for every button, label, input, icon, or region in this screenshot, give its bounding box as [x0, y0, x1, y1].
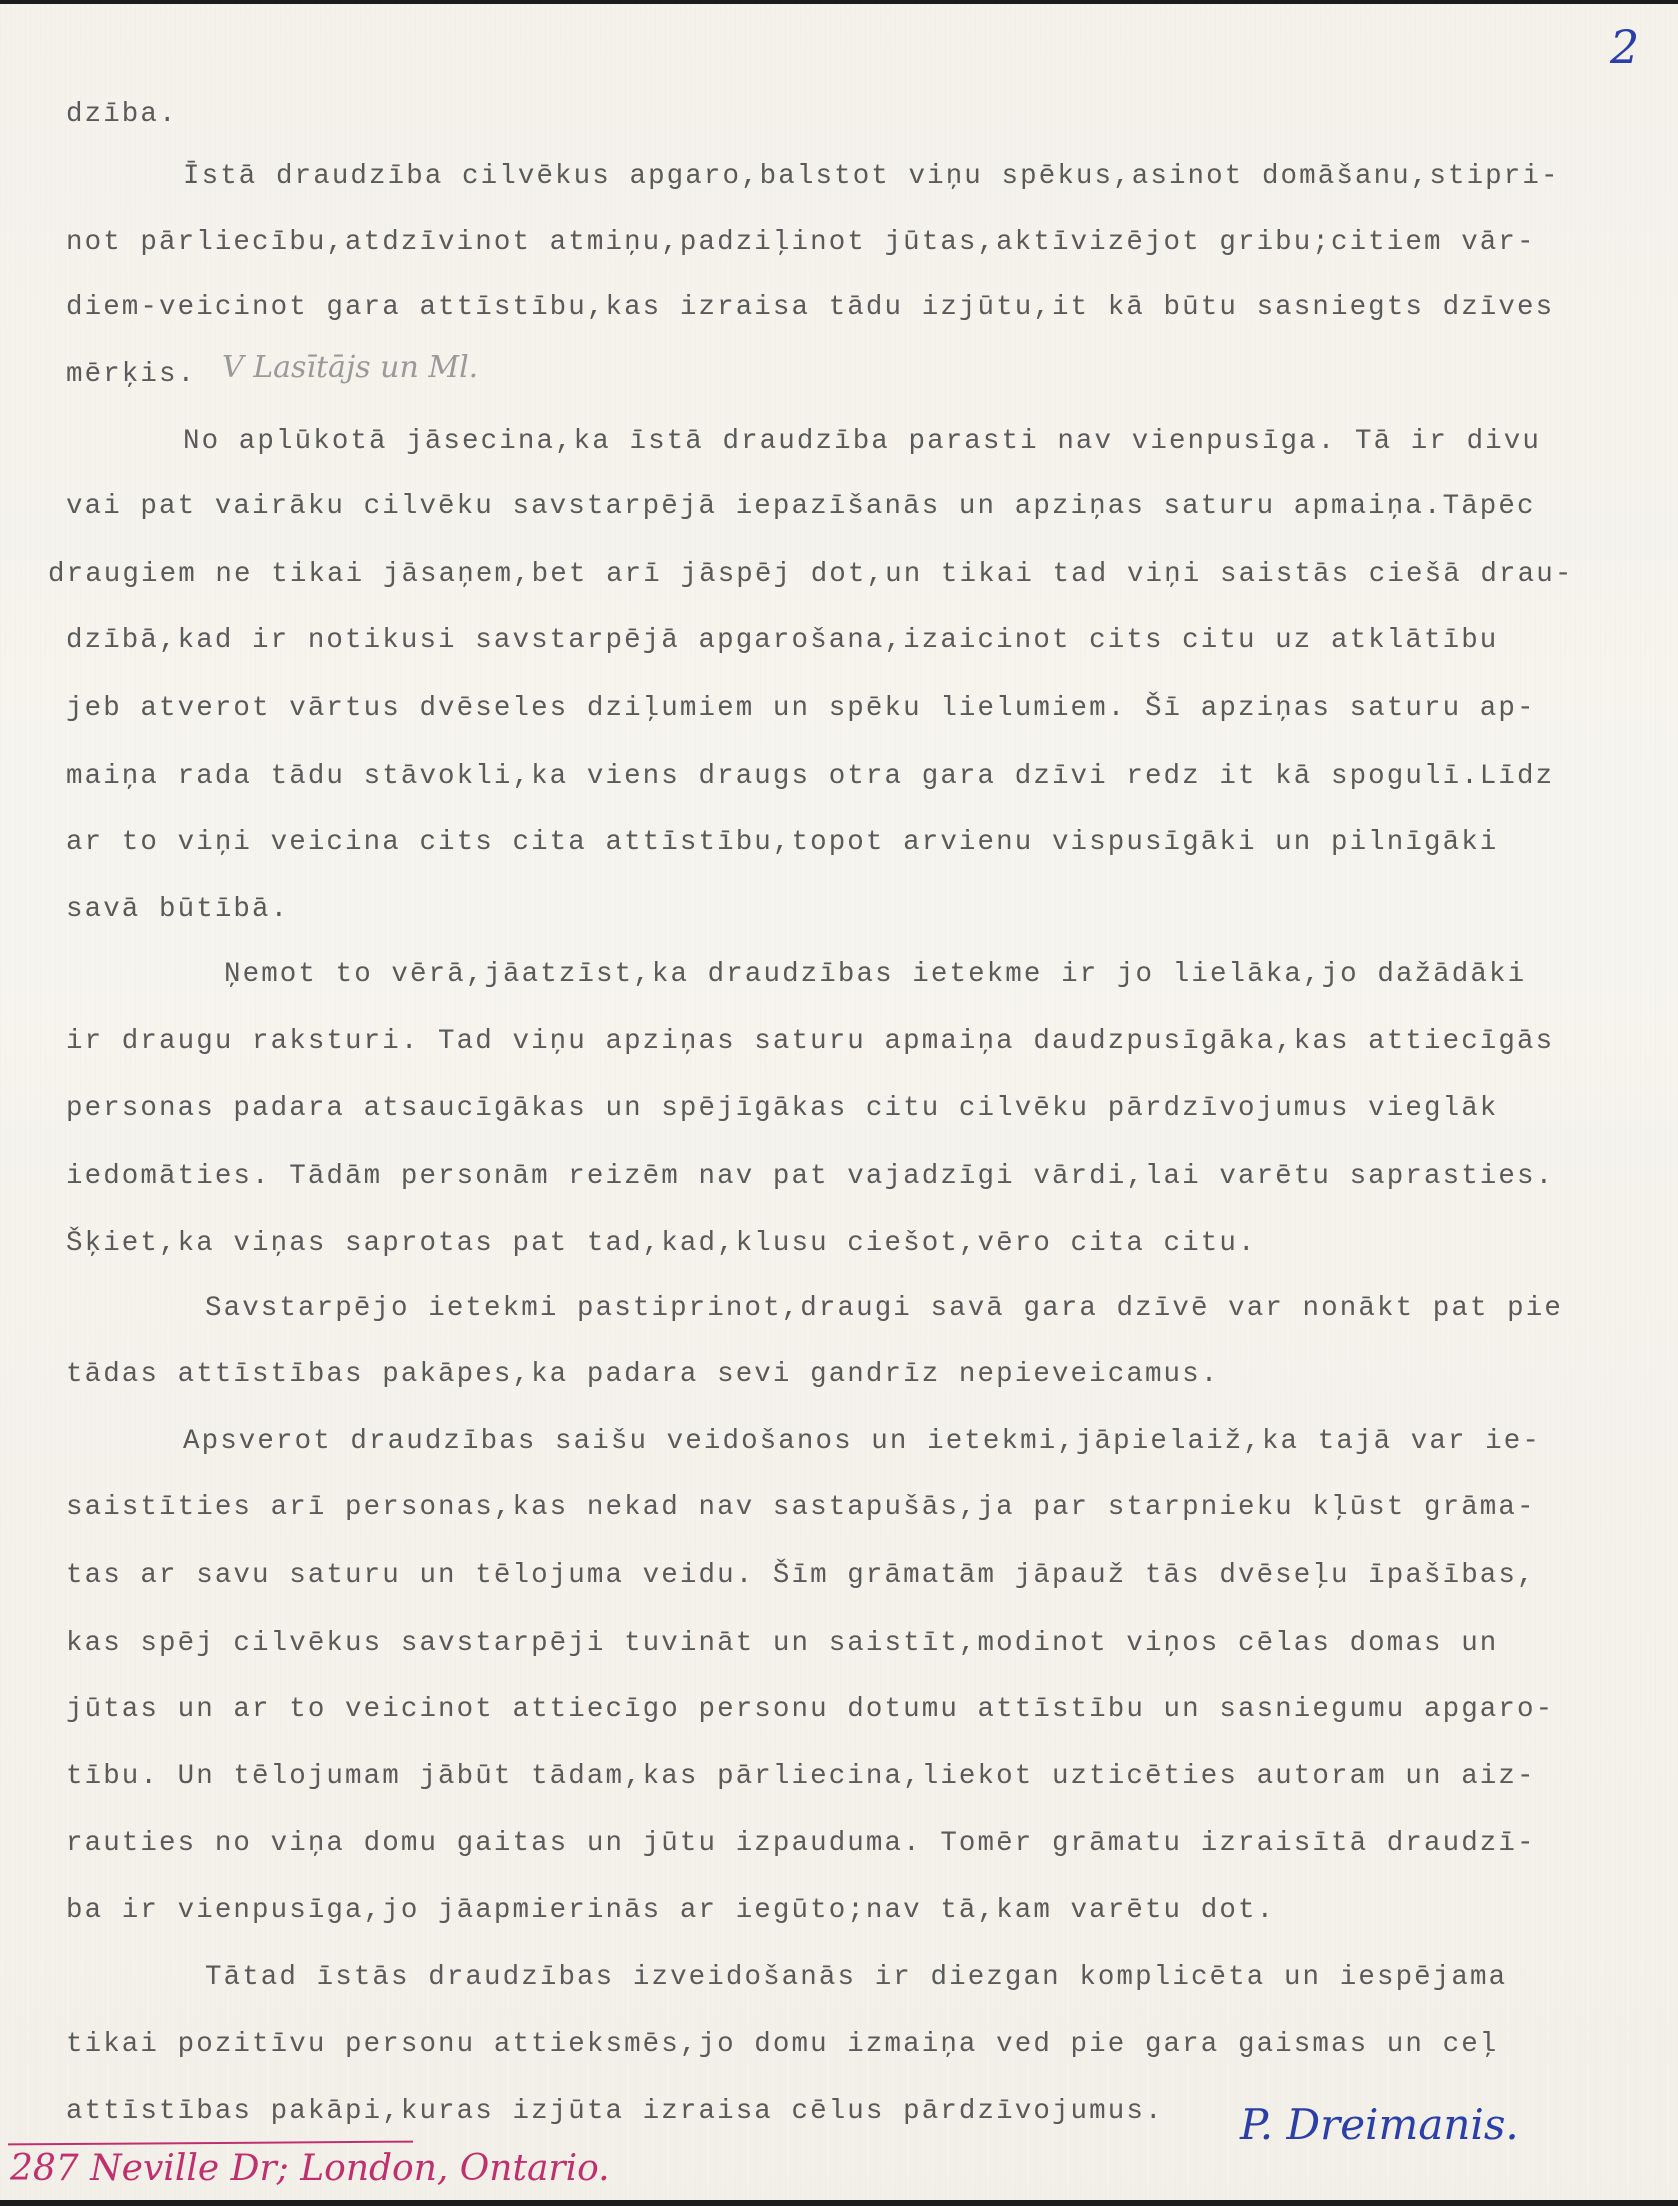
typed-line: Apsverot draudzības saišu veidošanos un … [183, 1425, 1541, 1459]
typed-line: kas spēj cilvēkus savstarpēji tuvināt un… [66, 1627, 1498, 1661]
typed-line: tību. Un tēlojumam jābūt tādam,kas pārli… [66, 1760, 1536, 1794]
typed-line: tikai pozitīvu personu attieksmēs,jo dom… [66, 2028, 1498, 2062]
typed-line: dzība. [66, 98, 178, 132]
typed-line: rauties no viņa domu gaitas un jūtu izpa… [66, 1827, 1536, 1861]
document-page: 2 dzība.Īstā draudzība cilvēkus apgaro,b… [0, 0, 1678, 2206]
typed-line: jeb atverot vārtus dvēseles dziļumiem un… [66, 692, 1536, 726]
typed-line: not pārliecību,atdzīvinot atmiņu,padziļi… [66, 226, 1536, 260]
typed-line: ar to viņi veicina cits cita attīstību,t… [66, 826, 1498, 860]
signature: P. Dreimanis. [1240, 2100, 1519, 2149]
typed-line: tādas attīstības pakāpes,ka padara sevi … [66, 1358, 1219, 1392]
typed-line: Šķiet,ka viņas saprotas pat tad,kad,klus… [66, 1227, 1257, 1261]
typed-line: ir draugu raksturi. Tad viņu apziņas sat… [66, 1025, 1554, 1059]
typed-line: maiņa rada tādu stāvokli,ka viens draugs… [66, 760, 1554, 794]
typed-line: Savstarpējo ietekmi pastiprinot,draugi s… [205, 1292, 1563, 1326]
typed-line: attīstības pakāpi,kuras izjūta izraisa c… [66, 2095, 1164, 2129]
typed-line: draugiem ne tikai jāsaņem,bet arī jāspēj… [48, 558, 1573, 592]
handwritten-address: 287 Neville Dr; London, Ontario. [10, 2148, 610, 2189]
typed-line: mērķis. [66, 358, 196, 392]
typed-line: vai pat vairāku cilvēku savstarpējā iepa… [66, 490, 1536, 524]
typed-line: iedomāties. Tādām personām reizēm nav pa… [66, 1160, 1554, 1194]
typed-line: savā būtībā. [66, 893, 289, 927]
scan-bottom-edge [0, 2200, 1678, 2206]
typed-line: Ņemot to vērā,jāatzīst,ka draudzības iet… [224, 958, 1526, 992]
address-underline [8, 2141, 413, 2146]
typed-line: Tātad īstās draudzības izveidošanās ir d… [205, 1961, 1507, 1995]
typed-line: tas ar savu saturu un tēlojuma veidu. Šī… [66, 1559, 1536, 1593]
page-number: 2 [1610, 20, 1639, 74]
typed-line: saistīties arī personas,kas nekad nav sa… [66, 1491, 1536, 1525]
typed-line: ba ir vienpusīga,jo jāapmierinās ar iegū… [66, 1894, 1275, 1928]
typed-line: Īstā draudzība cilvēkus apgaro,balstot v… [183, 160, 1560, 194]
pencil-note: V Lasītājs un Ml. [222, 350, 478, 385]
typed-line: jūtas un ar to veicinot attiecīgo person… [66, 1693, 1554, 1727]
typed-line: personas padara atsaucīgākas un spējīgāk… [66, 1092, 1498, 1126]
scan-top-edge [0, 0, 1678, 4]
typed-line: diem-veicinot gara attīstību,kas izraisa… [66, 291, 1554, 325]
typed-line: No aplūkotā jāsecina,ka īstā draudzība p… [183, 425, 1541, 459]
typed-line: dzībā,kad ir notikusi savstarpējā apgaro… [66, 624, 1498, 658]
